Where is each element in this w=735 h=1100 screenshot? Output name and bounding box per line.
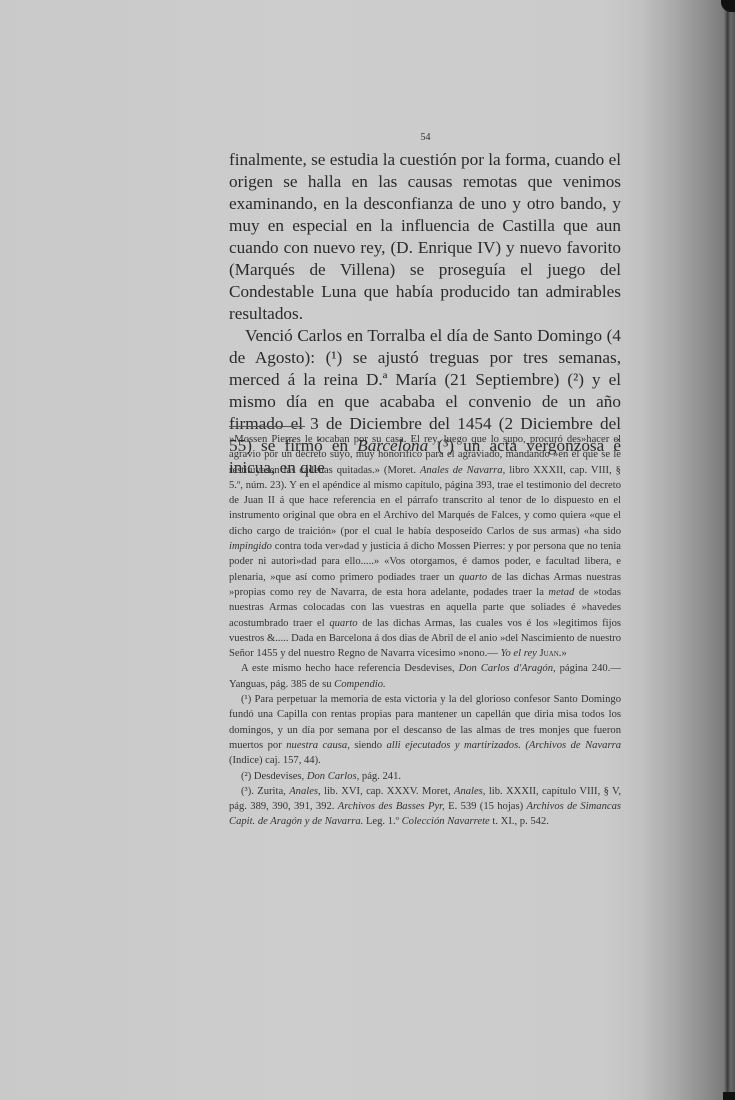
footnote-marker: (¹) — [241, 694, 251, 705]
scan-corner — [721, 0, 735, 12]
footnote-2: (²) Desdevises, Don Carlos, pág. 241. — [229, 769, 621, 784]
footnote-ref-2[interactable]: (²) — [567, 370, 584, 389]
footnotes: »Mossen Pierres le tocaban por su casa. … — [229, 432, 621, 830]
footnote-continued: »Mossen Pierres le tocaban por su casa. … — [229, 432, 621, 661]
scanned-page: 54 finalmente, se estudia la cuestión po… — [0, 0, 735, 1100]
footnote-reference: A este mismo hecho hace referencia Desde… — [229, 661, 621, 692]
body-text: finalmente, se estudia la cuestión por l… — [229, 149, 621, 479]
paragraph: finalmente, se estudia la cuestión por l… — [229, 149, 621, 325]
scan-corner — [723, 1092, 735, 1100]
page-number: 54 — [0, 132, 735, 143]
footnote-1: (¹) Para perpetuar la memoria de esta vi… — [229, 692, 621, 768]
footnote-separator — [229, 426, 305, 427]
page-edge-shadow — [728, 10, 735, 1095]
footnote-marker: (³). — [241, 786, 254, 797]
footnote-3: (³). Zurita, Anales, lib. XVI, cap. XXXV… — [229, 784, 621, 830]
footnote-ref-1[interactable]: (¹) — [326, 348, 343, 367]
footnote-marker: (²) — [241, 771, 251, 782]
